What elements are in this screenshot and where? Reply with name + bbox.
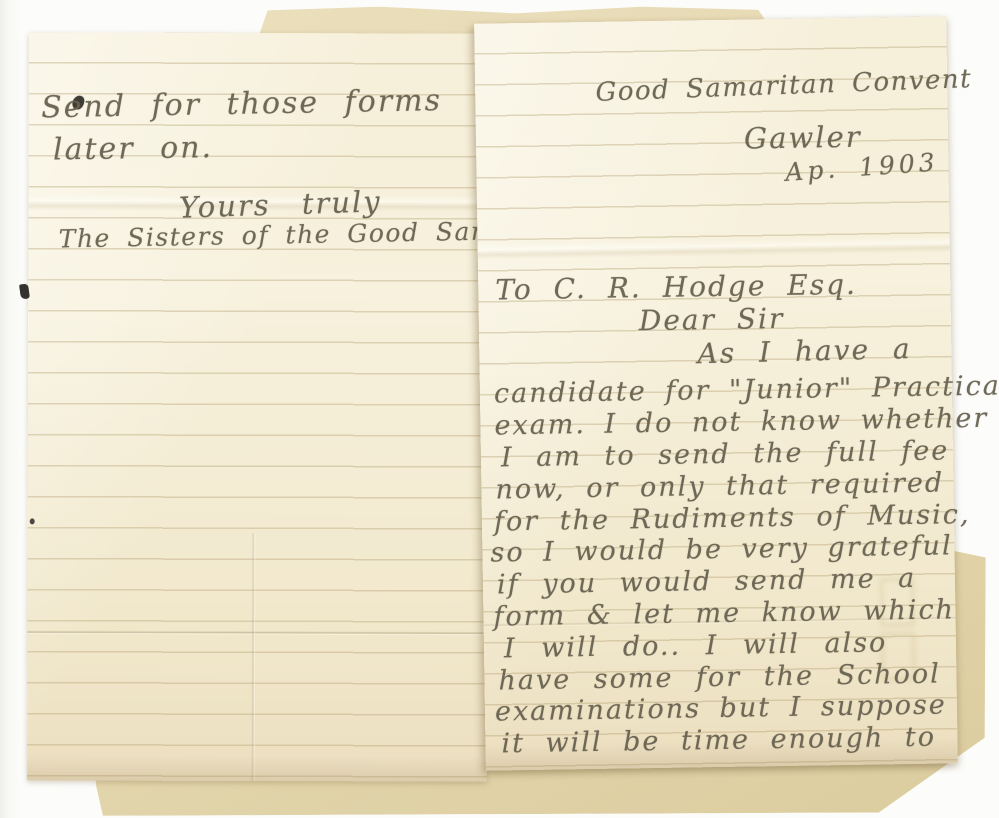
fold-crease-vertical: [251, 533, 256, 781]
heading-town: Gawler: [744, 120, 862, 156]
body-line-9: I will do.. I will also: [504, 627, 888, 664]
letter-page-right: Good Samaritan Convent Gawler Ap. 1903 T…: [474, 16, 958, 770]
note-line-2: later on.: [53, 130, 214, 167]
scan-edge-mark: [19, 283, 30, 299]
note-line-1: Send for those forms: [41, 83, 442, 125]
fold-crease: [27, 630, 487, 635]
letter-page-left: Send for those forms later on. Yours tru…: [27, 32, 489, 781]
salutation-line: Dear Sir: [639, 302, 785, 337]
opening-line: As I have a: [697, 332, 912, 370]
recipient-line: To C. R. Hodge Esq.: [495, 268, 857, 307]
letter-scan: Send for those forms later on. Yours tru…: [0, 0, 999, 818]
page-bottom-shading: [27, 754, 487, 781]
heading-convent: Good Samaritan Convent: [595, 64, 973, 108]
fold-crease: [478, 236, 950, 259]
body-line-7: if you would send me a: [497, 563, 917, 601]
paper-speck: [30, 518, 35, 524]
